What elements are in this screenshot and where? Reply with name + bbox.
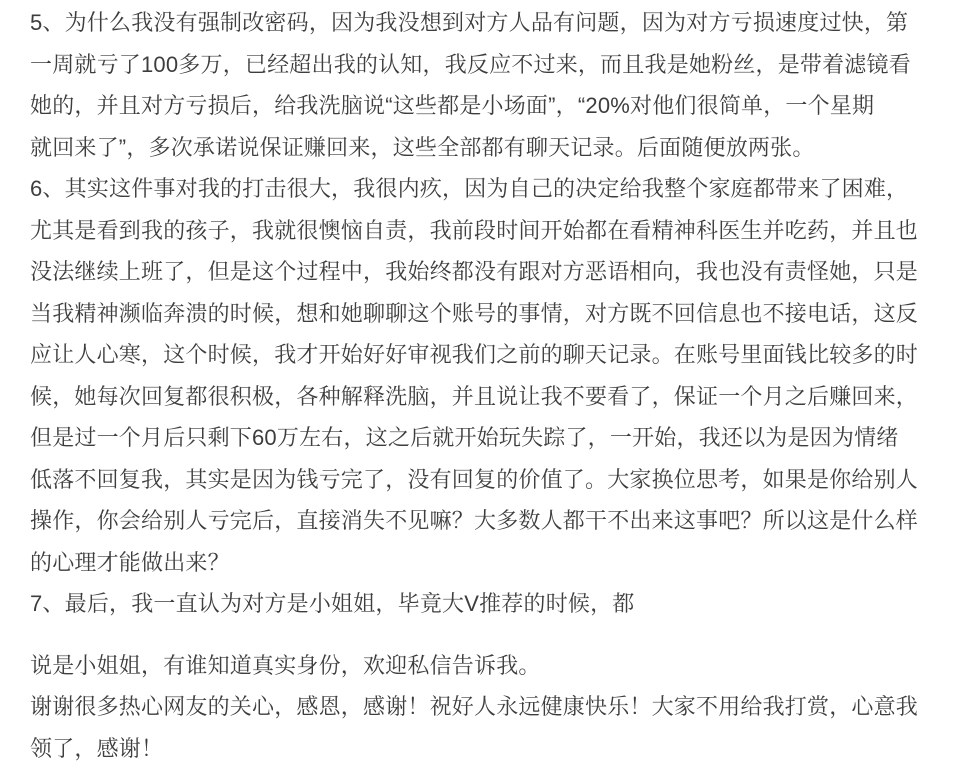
text-line: 尤其是看到我的孩子，我就很懊恼自责，我前段时间开始都在看精神科医生并吃药，并且也 (30, 210, 932, 252)
paragraph-point-5: 5、为什么我没有强制改密码，因为我没想到对方人品有问题，因为对方亏损速度过快，第… (30, 2, 932, 168)
text-line: 7、最后，我一直认为对方是小姐姐，毕竟大V推荐的时候，都 (30, 583, 932, 625)
text-line: 5、为什么我没有强制改密码，因为我没想到对方人品有问题，因为对方亏损速度过快，第 (30, 2, 932, 44)
text-line: 说是小姐姐，有谁知道真实身份，欢迎私信告诉我。 (30, 645, 932, 687)
text-line: 她的，并且对方亏损后，给我洗脑说“这些都是小场面”，“20%对他们很简单，一个星… (30, 85, 932, 127)
text-line: 操作，你会给别人亏完后，直接消失不见嘛？大多数人都干不出来这事吧？所以这是什么样 (30, 500, 932, 542)
text-line: 6、其实这件事对我的打击很大，我很内疚，因为自己的决定给我整个家庭都带来了困难， (30, 168, 932, 210)
paragraph-point-7-continued: 说是小姐姐，有谁知道真实身份，欢迎私信告诉我。 (30, 645, 932, 687)
paragraph-thanks: 谢谢很多热心网友的关心，感恩，感谢！祝好人永远健康快乐！大家不用给我打赏，心意我… (30, 686, 932, 769)
text-line: 的心理才能做出来？ (30, 542, 932, 584)
article-body: 5、为什么我没有强制改密码，因为我没想到对方人品有问题，因为对方亏损速度过快，第… (0, 0, 960, 769)
text-line: 没法继续上班了，但是这个过程中，我始终都没有跟对方恶语相向，我也没有责怪她，只是 (30, 251, 932, 293)
text-line: 当我精神濒临奔溃的时候，想和她聊聊这个账号的事情，对方既不回信息也不接电话，这反 (30, 293, 932, 335)
paragraph-gap (30, 625, 932, 645)
text-line: 应让人心寒，这个时候，我才开始好好审视我们之前的聊天记录。在账号里面钱比较多的时 (30, 334, 932, 376)
paragraph-point-6: 6、其实这件事对我的打击很大，我很内疚，因为自己的决定给我整个家庭都带来了困难，… (30, 168, 932, 583)
paragraph-point-7: 7、最后，我一直认为对方是小姐姐，毕竟大V推荐的时候，都 (30, 583, 932, 625)
text-line: 一周就亏了100多万，已经超出我的认知，我反应不过来，而且我是她粉丝，是带着滤镜… (30, 44, 932, 86)
text-line: 候，她每次回复都很积极，各种解释洗脑，并且说让我不要看了，保证一个月之后赚回来， (30, 376, 932, 418)
text-line: 领了，感谢！ (30, 728, 932, 770)
text-line: 但是过一个月后只剩下60万左右，这之后就开始玩失踪了，一开始，我还以为是因为情绪 (30, 417, 932, 459)
text-line: 低落不回复我，其实是因为钱亏完了，没有回复的价值了。大家换位思考，如果是你给别人 (30, 459, 932, 501)
text-line: 就回来了”，多次承诺说保证赚回来，这些全部都有聊天记录。后面随便放两张。 (30, 127, 932, 169)
text-line: 谢谢很多热心网友的关心，感恩，感谢！祝好人永远健康快乐！大家不用给我打赏，心意我 (30, 686, 932, 728)
